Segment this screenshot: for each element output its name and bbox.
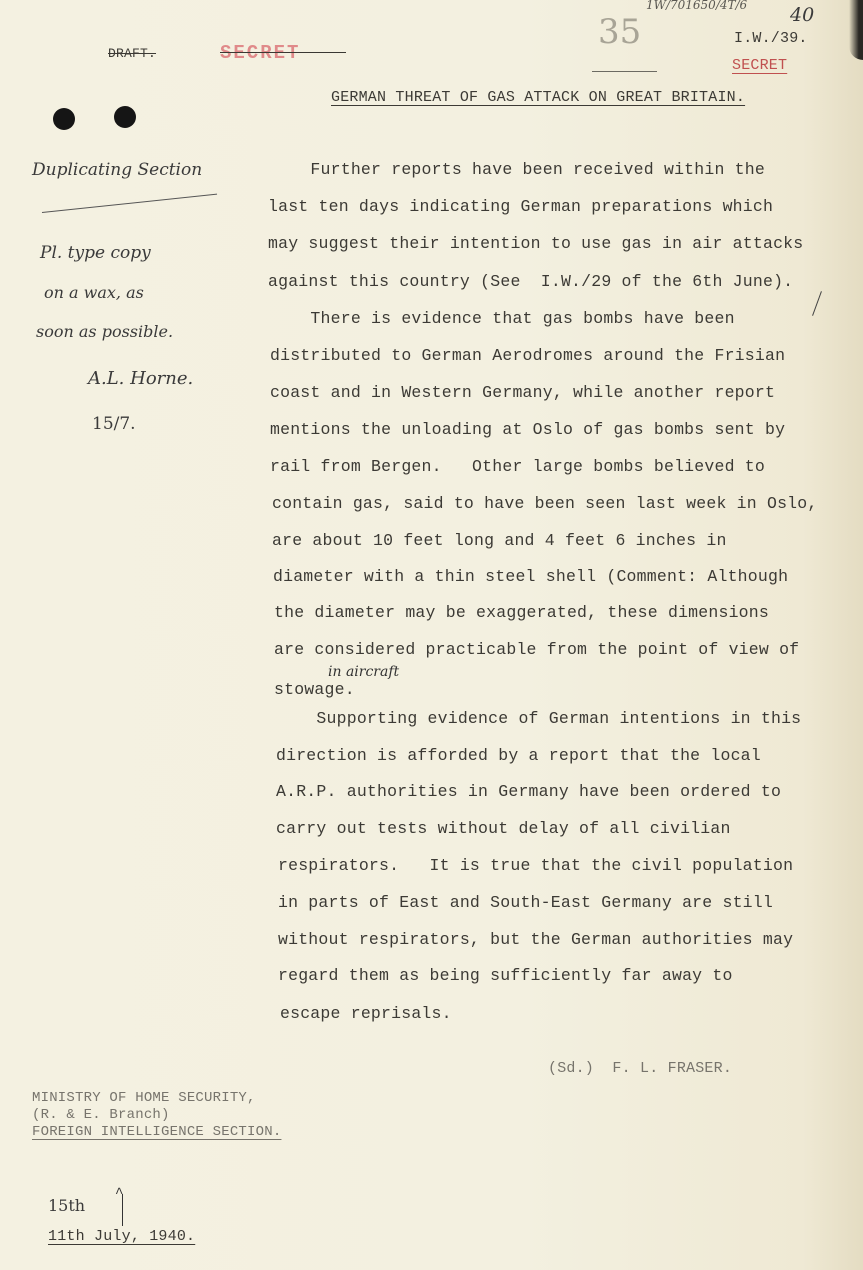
body-line: in parts of East and South-East Germany … [278, 893, 773, 912]
arrow-head-icon: ^ [115, 1186, 123, 1202]
body-line: are considered practicable from the poin… [274, 640, 799, 659]
draft-label: DRAFT. [108, 46, 156, 61]
body-line: against this country (See I.W./29 of the… [268, 272, 793, 291]
body-line: are about 10 feet long and 4 feet 6 inch… [272, 531, 727, 550]
margin-note-signature: A.L. Horne. [88, 368, 193, 389]
folio-number: 35 [598, 12, 641, 52]
classification-secret: SECRET [732, 57, 787, 74]
body-line: There is evidence that gas bombs have be… [270, 309, 735, 328]
org-line-1: MINISTRY OF HOME SECURITY, [32, 1090, 256, 1106]
body-line: mentions the unloading at Oslo of gas bo… [270, 420, 785, 439]
body-line: diameter with a thin steel shell (Commen… [273, 567, 788, 586]
body-line: carry out tests without delay of all civ… [276, 819, 731, 838]
punch-hole-left [53, 108, 75, 130]
folio-underline [592, 71, 657, 72]
body-line: respirators. It is true that the civil p… [278, 856, 793, 875]
signature-block: (Sd.) F. L. FRASER. [548, 1060, 732, 1077]
file-reference: I.W./39. [734, 30, 808, 47]
org-line-2: (R. & E. Branch) [32, 1107, 170, 1123]
org-line-3: FOREIGN INTELLIGENCE SECTION. [32, 1124, 281, 1140]
secret-strike-line [220, 52, 346, 53]
margin-check-mark [812, 291, 822, 316]
body-line: regard them as being sufficiently far aw… [278, 966, 733, 985]
body-line: may suggest their intention to use gas i… [268, 234, 803, 253]
margin-note-line2: Pl. type copy [40, 243, 151, 263]
body-line: Supporting evidence of German intentions… [276, 709, 801, 728]
body-line: stowage. [274, 680, 355, 699]
page-edge-shadow [849, 0, 863, 60]
body-line: last ten days indicating German preparat… [268, 197, 773, 216]
document-page: DRAFT. SECRET 1W/701650/4T/6 35 40 I.W./… [0, 0, 863, 1270]
body-line: the diameter may be exaggerated, these d… [274, 603, 769, 622]
document-title: GERMAN THREAT OF GAS ATTACK ON GREAT BRI… [331, 89, 745, 106]
document-date: 11th July, 1940. [48, 1228, 195, 1245]
body-line: direction is afforded by a report that t… [276, 746, 761, 765]
body-line: A.R.P. authorities in Germany have been … [276, 782, 781, 801]
margin-note-line4: soon as possible. [36, 322, 173, 341]
margin-note-date: 15/7. [92, 414, 136, 434]
body-line: coast and in Western Germany, while anot… [270, 383, 775, 402]
body-line: contain gas, said to have been seen last… [272, 494, 818, 513]
file-number-new: 40 [790, 4, 814, 26]
body-line: Further reports have been received withi… [270, 160, 765, 179]
margin-note-divider [42, 194, 217, 213]
body-line: rail from Bergen. Other large bombs beli… [270, 457, 765, 476]
handwritten-insertion: in aircraft [328, 664, 399, 680]
punch-hole-right [114, 106, 136, 128]
reference-number: 1W/701650/4T/6 [646, 0, 747, 12]
body-line: escape reprisals. [280, 1004, 452, 1023]
margin-note-line3: on a wax, as [44, 283, 144, 302]
date-correction: 15th [48, 1196, 85, 1215]
secret-stamp-left: SECRET [220, 42, 300, 64]
body-line: without respirators, but the German auth… [278, 930, 793, 949]
body-line: distributed to German Aerodromes around … [270, 346, 785, 365]
margin-note-line1: Duplicating Section [32, 160, 202, 180]
